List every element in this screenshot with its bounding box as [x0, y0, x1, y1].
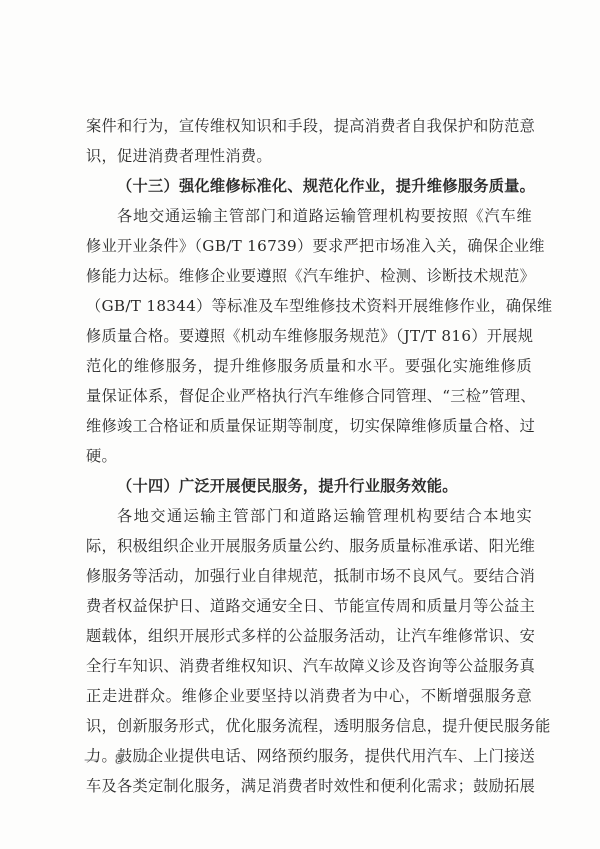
paragraph-line: 量保证体系，督促企业严格执行汽车维修合同管理、“三检”管理、 — [86, 381, 532, 411]
paragraph-line: 费者权益保护日、道路交通安全日、节能宣传周和质量月等公益主 — [86, 591, 532, 621]
section-heading: （十三）强化维修标准化、规范化作业，提升维修服务质量。 — [86, 171, 532, 201]
paragraph-line: 际，积极组织企业开展服务质量公约、服务质量标准承诺、阳光维 — [86, 531, 532, 561]
paragraph-line: 案件和行为，宣传维权知识和手段，提高消费者自我保护和防范意 — [86, 111, 532, 141]
paragraph-line: 范化的维修服务，提升维修服务质量和水平。要强化实施维修质 — [86, 351, 532, 381]
paragraph-line: 各地交通运输主管部门和道路运输管理机构要结合本地实 — [86, 501, 532, 531]
paragraph-line: 各地交通运输主管部门和道路运输管理机构要按照《汽车维 — [86, 201, 532, 231]
body-text: 案件和行为，宣传维权知识和手段，提高消费者自我保护和防范意识，促进消费者理性消费… — [86, 111, 532, 801]
paragraph-line: 修业开业条件》（GB/T 16739）要求严把市场准入关，确保企业维 — [86, 231, 532, 261]
paragraph-line: 正走进群众。维修企业要坚持以消费者为中心，不断增强服务意 — [86, 681, 532, 711]
paragraph-line: 车及各类定制化服务，满足消费者时效性和便利化需求；鼓励拓展 — [86, 771, 532, 801]
paragraph-line: 识，促进消费者理性消费。 — [86, 141, 532, 171]
paragraph-line: （GB/T 18344）等标准及车型维修技术资料开展维修作业，确保维 — [86, 291, 532, 321]
paragraph-line: 识，创新服务形式，优化服务流程，透明服务信息，提升便民服务能 — [86, 711, 532, 741]
paragraph-line: 题载体，组织开展形式多样的公益服务活动，让汽车维修常识、安 — [86, 621, 532, 651]
paragraph-line: 全行车知识、消费者维权知识、汽车故障义诊及咨询等公益服务真 — [86, 651, 532, 681]
paragraph-line: 维修竣工合格证和质量保证期等制度，切实保障维修质量合格、过 — [86, 411, 532, 441]
section-heading: （十四）广泛开展便民服务，提升行业服务效能。 — [86, 471, 532, 501]
paragraph-line: 修能力达标。维修企业要遵照《汽车维护、检测、诊断技术规范》 — [86, 261, 532, 291]
page-number: — 8 — — [84, 752, 160, 768]
paragraph-line: 硬。 — [86, 441, 532, 471]
paragraph-line: 修质量合格。要遵照《机动车维修服务规范》（JT/T 816）开展规 — [86, 321, 532, 351]
paragraph-line: 修服务等活动，加强行业自律规范，抵制市场不良风气。要结合消 — [86, 561, 532, 591]
document-page: 案件和行为，宣传维权知识和手段，提高消费者自我保护和防范意识，促进消费者理性消费… — [0, 0, 600, 849]
